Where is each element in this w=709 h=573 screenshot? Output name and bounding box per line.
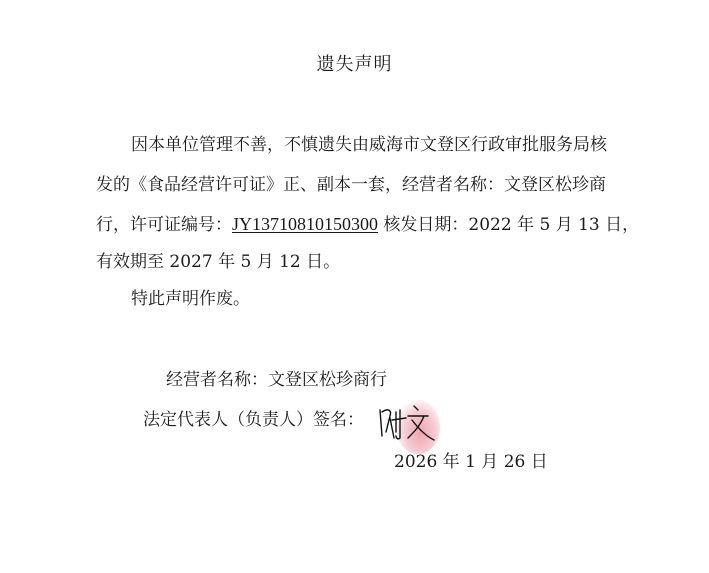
issue-date: 核发日期：2022 年 5 月 13 日， (383, 215, 639, 235)
declaration-date: 2026 年 1 月 26 日 (394, 451, 548, 473)
signature-block (376, 396, 466, 454)
closing-statement: 特此声明作废。 (131, 288, 250, 310)
document-title: 遗失声明 (0, 50, 709, 76)
license-label: 行，许可证编号： (96, 215, 232, 235)
operator-name: 经营者名称：文登区松珍商行 (166, 369, 387, 391)
handwritten-signature-icon (376, 402, 456, 446)
body-line-4: 有效期至 2027 年 5 月 12 日。 (96, 251, 340, 273)
body-line-1: 因本单位管理不善，不慎遗失由威海市文登区行政审批服务局核 (131, 134, 607, 156)
license-number: JY13710810150300 (232, 214, 378, 234)
body-line-3: 行，许可证编号：JY13710810150300 核发日期：2022 年 5 月… (96, 213, 639, 236)
body-line-2: 发的《食品经营许可证》正、副本一套，经营者名称：文登区松珍商 (96, 174, 606, 196)
signature-label: 法定代表人（负责人）签名： (143, 409, 364, 431)
